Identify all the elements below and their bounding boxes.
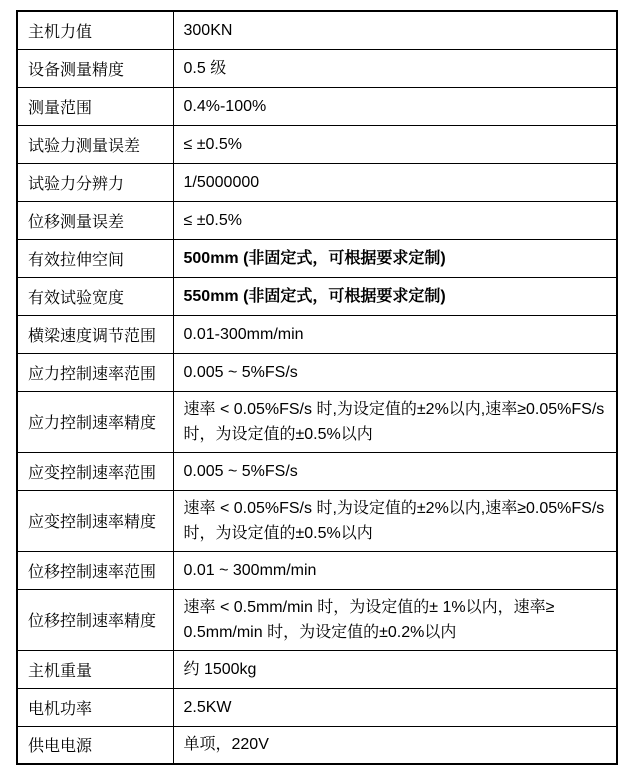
- spec-value: 约 1500kg: [173, 650, 617, 688]
- spec-label: 位移测量误差: [17, 201, 173, 239]
- spec-value: 0.01-300mm/min: [173, 315, 617, 353]
- spec-value: 速率 < 0.05%FS/s 时,为设定值的±2%以内,速率≥0.05%FS/s…: [173, 391, 617, 452]
- spec-value: 速率 < 0.5mm/min 时，为设定值的± 1%以内，速率≥ 0.5mm/m…: [173, 589, 617, 650]
- spec-label: 横梁速度调节范围: [17, 315, 173, 353]
- spec-value: ≤ ±0.5%: [173, 201, 617, 239]
- spec-label: 应力控制速率精度: [17, 391, 173, 452]
- spec-label: 电机功率: [17, 688, 173, 726]
- table-row: 位移控制速率精度速率 < 0.5mm/min 时，为设定值的± 1%以内，速率≥…: [17, 589, 617, 650]
- spec-label: 位移控制速率精度: [17, 589, 173, 650]
- table-row: 应变控制速率范围0.005 ~ 5%FS/s: [17, 452, 617, 490]
- spec-value: 0.01 ~ 300mm/min: [173, 551, 617, 589]
- spec-label: 有效试验宽度: [17, 277, 173, 315]
- table-row: 测量范围0.4%-100%: [17, 87, 617, 125]
- spec-label: 设备测量精度: [17, 49, 173, 87]
- table-row: 位移控制速率范围0.01 ~ 300mm/min: [17, 551, 617, 589]
- spec-label: 应变控制速率范围: [17, 452, 173, 490]
- table-row: 设备测量精度0.5 级: [17, 49, 617, 87]
- table-row: 位移测量误差≤ ±0.5%: [17, 201, 617, 239]
- spec-value: 0.005 ~ 5%FS/s: [173, 452, 617, 490]
- table-row: 电机功率2.5KW: [17, 688, 617, 726]
- spec-sheet-page: 主机力值300KN设备测量精度0.5 级测量范围0.4%-100%试验力测量误差…: [0, 0, 626, 777]
- table-row: 主机力值300KN: [17, 11, 617, 49]
- spec-label: 位移控制速率范围: [17, 551, 173, 589]
- table-row: 试验力分辨力1/5000000: [17, 163, 617, 201]
- table-row: 应变控制速率精度速率 < 0.05%FS/s 时,为设定值的±2%以内,速率≥0…: [17, 490, 617, 551]
- spec-value: 单项，220V: [173, 726, 617, 764]
- spec-label: 试验力分辨力: [17, 163, 173, 201]
- table-row: 有效试验宽度550mm (非固定式，可根据要求定制): [17, 277, 617, 315]
- spec-label: 试验力测量误差: [17, 125, 173, 163]
- spec-value: 2.5KW: [173, 688, 617, 726]
- spec-value: 0.4%-100%: [173, 87, 617, 125]
- table-row: 应力控制速率范围0.005 ~ 5%FS/s: [17, 353, 617, 391]
- spec-table: 主机力值300KN设备测量精度0.5 级测量范围0.4%-100%试验力测量误差…: [16, 10, 618, 765]
- spec-value: 0.5 级: [173, 49, 617, 87]
- spec-value: ≤ ±0.5%: [173, 125, 617, 163]
- table-row: 横梁速度调节范围0.01-300mm/min: [17, 315, 617, 353]
- table-row: 应力控制速率精度速率 < 0.05%FS/s 时,为设定值的±2%以内,速率≥0…: [17, 391, 617, 452]
- spec-value: 550mm (非固定式，可根据要求定制): [173, 277, 617, 315]
- spec-label: 应变控制速率精度: [17, 490, 173, 551]
- spec-value: 300KN: [173, 11, 617, 49]
- spec-label: 有效拉伸空间: [17, 239, 173, 277]
- spec-table-body: 主机力值300KN设备测量精度0.5 级测量范围0.4%-100%试验力测量误差…: [17, 11, 617, 764]
- table-row: 供电电源单项，220V: [17, 726, 617, 764]
- spec-value: 1/5000000: [173, 163, 617, 201]
- spec-label: 测量范围: [17, 87, 173, 125]
- table-row: 主机重量约 1500kg: [17, 650, 617, 688]
- spec-label: 主机重量: [17, 650, 173, 688]
- spec-label: 供电电源: [17, 726, 173, 764]
- spec-value: 500mm (非固定式，可根据要求定制): [173, 239, 617, 277]
- spec-value: 速率 < 0.05%FS/s 时,为设定值的±2%以内,速率≥0.05%FS/s…: [173, 490, 617, 551]
- spec-value: 0.005 ~ 5%FS/s: [173, 353, 617, 391]
- table-row: 有效拉伸空间500mm (非固定式，可根据要求定制): [17, 239, 617, 277]
- table-row: 试验力测量误差≤ ±0.5%: [17, 125, 617, 163]
- spec-label: 应力控制速率范围: [17, 353, 173, 391]
- spec-label: 主机力值: [17, 11, 173, 49]
